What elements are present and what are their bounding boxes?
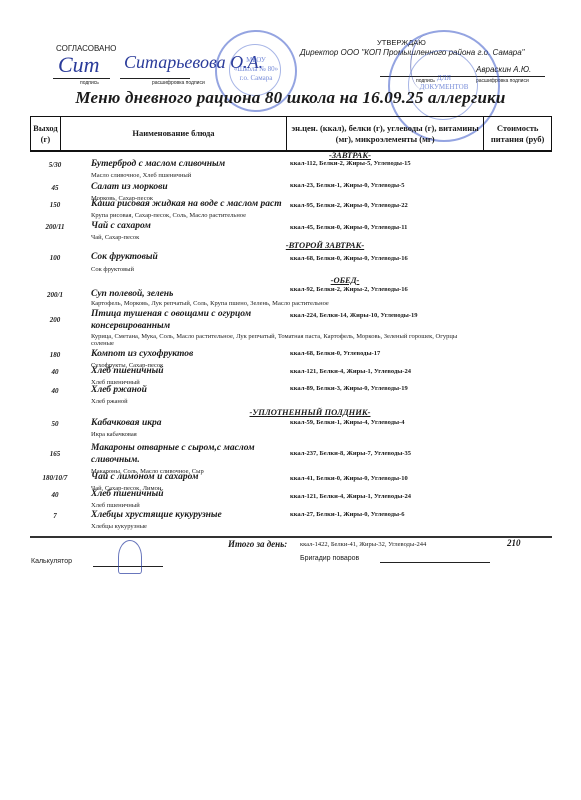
section-title: -ВТОРОЙ ЗАВТРАК- [225,240,425,250]
row-output: 200/11 [30,223,80,231]
approved-signature: Сит [58,52,100,78]
row-output: 150 [30,201,80,209]
row-nutrition: ккал-23, Белки-1, Жиры-0, Углеводы-5 [290,182,404,189]
stamp-line-1: МБОУ [217,56,295,65]
signature-caption: подпись [80,80,99,86]
total-nutrition: ккал-1422, Белки-41, Жиры-32, Углеводы-2… [300,541,426,548]
row-ingredients: Картофель, Морковь, Лук репчатый, Соль, … [91,300,471,307]
row-nutrition: ккал-45, Белки-0, Жиры-0, Углеводы-11 [290,224,407,231]
row-dish-name: Салат из моркови [91,181,321,193]
total-cost: 210 [507,538,521,548]
page-title: Меню дневного рациона 80 школа на 16.09.… [0,88,581,108]
row-nutrition: ккал-92, Белки-2, Жиры-2, Углеводы-16 [290,286,408,293]
stamp-right-line-1: ДЛЯ [390,74,498,83]
row-nutrition: ккал-121, Белки-4, Жиры-1, Углеводы-24 [290,493,411,500]
row-nutrition: ккал-89, Белки-3, Жиры-0, Углеводы-19 [290,385,408,392]
row-dish-name: Каша рисовая жидкая на воде с маслом рас… [91,198,321,210]
row-output: 7 [30,512,80,520]
row-output: 40 [30,491,80,499]
row-output: 180/10/7 [30,474,80,482]
row-dish-name: Хлеб пшеничный [91,488,321,500]
section-title: -УПЛОТНЕННЫЙ ПОЛДНИК- [210,407,410,417]
chief-cook-label: Бригадир поваров [300,555,359,562]
row-nutrition: ккал-224, Белки-14, Жиры-10, Углеводы-19 [290,312,417,319]
row-nutrition: ккал-121, Белки-4, Жиры-1, Углеводы-24 [290,368,411,375]
row-dish-name: Хлебцы хрустящие кукурузные [91,509,321,521]
row-ingredients: Хлеб пшеничный [91,502,471,509]
row-dish-name: Чай с лимоном и сахаром [91,471,321,483]
row-nutrition: ккал-237, Белки-8, Жиры-7, Углеводы-35 [290,450,411,457]
signature-line [53,78,110,79]
column-output: Выход (г) [31,117,61,150]
calculator-signature [118,540,142,574]
row-dish-name: Компот из сухофруктов [91,348,321,360]
calculator-label: Калькулятор [31,558,72,565]
section-title: -ОБЕД- [245,275,445,285]
row-dish-name: Птица тушеная с овощами с огурцом консер… [91,308,281,332]
row-output: 200/1 [30,291,80,299]
row-dish-name: Сок фруктовый [91,251,321,263]
stamp-line-3: г.о. Самара [217,74,295,83]
row-output: 40 [30,387,80,395]
column-name: Наименование блюда [61,117,287,150]
row-nutrition: ккал-68, Белки-0, Жиры-0, Углеводы-16 [290,255,408,262]
row-dish-name: Суп полевой, зелень [91,288,321,300]
row-dish-name: Макароны отварные с сыром,с маслом сливо… [91,442,281,466]
table-bottom-border [30,536,552,538]
stamp-line-2: «Школа № 80» [217,65,295,74]
table-header: Выход (г) Наименование блюда эн.цен. (кк… [30,116,552,152]
row-ingredients: Сок фруктовый [91,266,471,273]
row-dish-name: Хлеб ржаной [91,384,321,396]
row-ingredients: Масло сливочное, Хлеб пшеничный [91,172,471,179]
column-nutrition: эн.цен. (ккал), белки (г), углеводы (г),… [287,117,484,150]
row-nutrition: ккал-95, Белки-2, Жиры-0, Углеводы-22 [290,202,408,209]
decoding-line [120,78,190,79]
row-ingredients: Хлебцы кукурузные [91,523,471,530]
row-nutrition: ккал-68, Белки-0, Углеводы-17 [290,350,380,357]
column-cost: Стоимость питания (руб) [484,117,551,150]
row-output: 165 [30,450,80,458]
row-output: 100 [30,254,80,262]
row-ingredients: Крупа рисовая, Сахар-песок, Соль, Масло … [91,212,471,219]
chief-cook-signature-line [380,562,490,563]
row-output: 50 [30,420,80,428]
row-output: 40 [30,368,80,376]
row-output: 5/30 [30,161,80,169]
row-nutrition: ккал-41, Белки-0, Жиры-0, Углеводы-10 [290,475,408,482]
row-ingredients: Курица, Сметана, Мука, Соль, Масло расти… [91,333,471,347]
row-output: 45 [30,184,80,192]
row-dish-name: Хлеб пшеничный [91,365,321,377]
decoding-caption: расшифровка подписи [152,80,205,86]
row-output: 200 [30,316,80,324]
row-nutrition: ккал-27, Белки-1, Жиры-0, Углеводы-6 [290,511,404,518]
row-dish-name: Кабачковая икра [91,417,321,429]
row-nutrition: ккал-112, Белки-2, Жиры-5, Углеводы-15 [290,160,411,167]
row-dish-name: Бутерброд с маслом сливочным [91,158,321,170]
row-ingredients: Хлеб ржаной [91,398,471,405]
row-ingredients: Икра кабачковая [91,431,471,438]
row-dish-name: Чай с сахаром [91,220,321,232]
row-nutrition: ккал-59, Белки-1, Жиры-4, Углеводы-4 [290,419,404,426]
row-output: 180 [30,351,80,359]
total-label: Итого за день: [228,539,287,549]
